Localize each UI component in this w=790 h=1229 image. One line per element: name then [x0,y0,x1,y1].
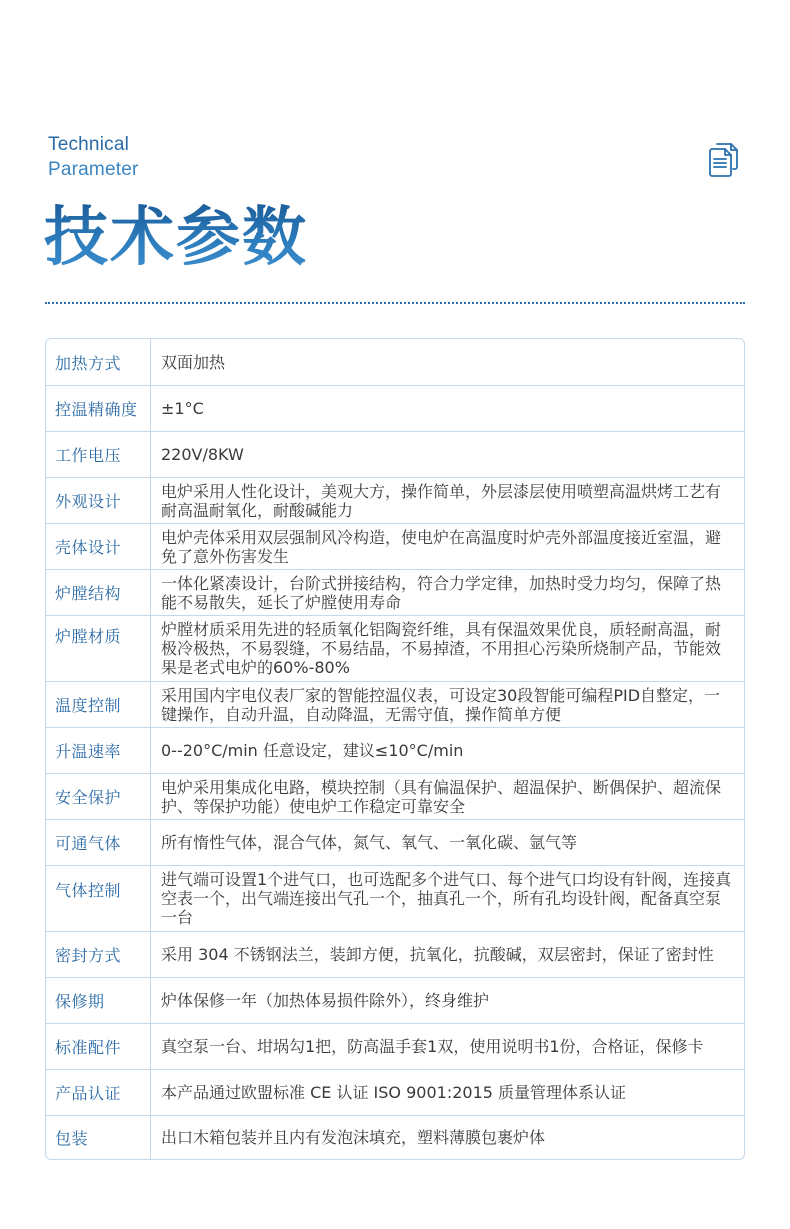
table-row: 工作电压220V/8KW [46,431,744,477]
row-value: 本产品通过欧盟标准 CE 认证 ISO 9001:2015 质量管理体系认证 [151,1070,744,1115]
row-label: 炉膛结构 [46,570,151,615]
row-label: 安全保护 [46,774,151,819]
table-row: 温度控制采用国内宇电仪表厂家的智能控温仪表，可设定30段智能可编程PID自整定，… [46,681,744,727]
row-value: 采用国内宇电仪表厂家的智能控温仪表，可设定30段智能可编程PID自整定，一键操作… [151,682,744,727]
row-value: 炉体保修一年（加热体易损件除外），终身维护 [151,978,744,1023]
spec-table: 加热方式双面加热 控温精确度±1°C 工作电压220V/8KW 外观设计电炉采用… [45,338,745,1160]
row-value: ±1°C [151,386,744,431]
row-label: 包装 [46,1116,151,1159]
table-row: 加热方式双面加热 [46,339,744,385]
table-row: 升温速率0--20°C/min 任意设定，建议≤10°C/min [46,727,744,773]
row-label: 工作电压 [46,432,151,477]
row-value: 真空泵一台、坩埚勾1把，防高温手套1双，使用说明书1份，合格证，保修卡 [151,1024,744,1069]
row-value: 电炉采用集成化电路，模块控制（具有偏温保护、超温保护、断偶保护、超流保护、等保护… [151,774,744,819]
table-row: 壳体设计电炉壳体采用双层强制风冷构造，使电炉在高温度时炉壳外部温度接近室温，避免… [46,523,744,569]
row-value: 220V/8KW [151,432,744,477]
table-row: 标准配件真空泵一台、坩埚勾1把，防高温手套1双，使用说明书1份，合格证，保修卡 [46,1023,744,1069]
row-value: 所有惰性气体，混合气体，氮气、氧气、一氧化碳、氩气等 [151,820,744,865]
table-row: 保修期炉体保修一年（加热体易损件除外），终身维护 [46,977,744,1023]
row-label: 产品认证 [46,1070,151,1115]
table-row: 包装出口木箱包装并且内有发泡沫填充，塑料薄膜包裹炉体 [46,1115,744,1159]
row-value: 出口木箱包装并且内有发泡沫填充，塑料薄膜包裹炉体 [151,1116,744,1159]
english-subtitle: Technical Parameter [48,132,139,182]
table-row: 安全保护电炉采用集成化电路，模块控制（具有偏温保护、超温保护、断偶保护、超流保护… [46,773,744,819]
row-label: 外观设计 [46,478,151,523]
row-label: 升温速率 [46,728,151,773]
row-value: 电炉壳体采用双层强制风冷构造，使电炉在高温度时炉壳外部温度接近室温，避免了意外伤… [151,524,744,569]
table-row: 气体控制进气端可设置1个进气口，也可选配多个进气口、每个进气口均设有针阀，连接真… [46,865,744,931]
table-row: 控温精确度±1°C [46,385,744,431]
row-label: 气体控制 [46,866,151,931]
row-value: 0--20°C/min 任意设定，建议≤10°C/min [151,728,744,773]
row-label: 炉膛材质 [46,616,151,681]
row-value: 一体化紧凑设计，台阶式拼接结构，符合力学定律，加热时受力均匀，保障了热能不易散失… [151,570,744,615]
table-row: 可通气体所有惰性气体，混合气体，氮气、氧气、一氧化碳、氩气等 [46,819,744,865]
row-label: 密封方式 [46,932,151,977]
documents-icon [706,138,746,178]
row-value: 炉膛材质采用先进的轻质氧化铝陶瓷纤维，具有保温效果优良，质轻耐高温，耐极冷极热，… [151,616,744,681]
row-label: 可通气体 [46,820,151,865]
table-row: 产品认证本产品通过欧盟标准 CE 认证 ISO 9001:2015 质量管理体系… [46,1069,744,1115]
row-label: 加热方式 [46,339,151,385]
table-row: 炉膛结构一体化紧凑设计，台阶式拼接结构，符合力学定律，加热时受力均匀，保障了热能… [46,569,744,615]
subtitle-line-2: Parameter [48,157,139,182]
row-label: 温度控制 [46,682,151,727]
row-value: 采用 304 不锈钢法兰，装卸方便，抗氧化，抗酸碱，双层密封，保证了密封性 [151,932,744,977]
row-value: 双面加热 [151,339,744,385]
row-value: 进气端可设置1个进气口，也可选配多个进气口、每个进气口均设有针阀，连接真空表一个… [151,866,744,931]
row-label: 保修期 [46,978,151,1023]
dotted-divider [45,302,745,304]
table-row: 密封方式采用 304 不锈钢法兰，装卸方便，抗氧化，抗酸碱，双层密封，保证了密封… [46,931,744,977]
row-value: 电炉采用人性化设计，美观大方，操作简单，外层漆层使用喷塑高温烘烤工艺有耐高温耐氧… [151,478,744,523]
row-label: 壳体设计 [46,524,151,569]
row-label: 标准配件 [46,1024,151,1069]
subtitle-line-1: Technical [48,132,139,157]
table-row: 外观设计电炉采用人性化设计，美观大方，操作简单，外层漆层使用喷塑高温烘烤工艺有耐… [46,477,744,523]
table-row: 炉膛材质炉膛材质采用先进的轻质氧化铝陶瓷纤维，具有保温效果优良，质轻耐高温，耐极… [46,615,744,681]
row-label: 控温精确度 [46,386,151,431]
page-title: 技术参数 [44,198,308,278]
